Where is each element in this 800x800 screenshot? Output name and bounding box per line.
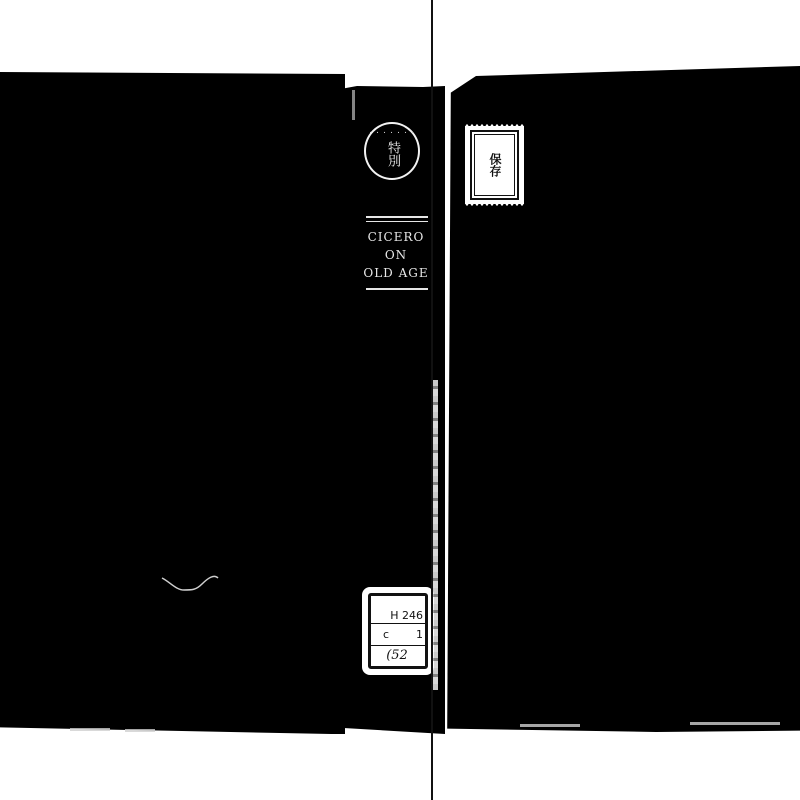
perforated-stamp-label-icon: 保存 — [465, 124, 524, 206]
stamp-main-text: 特別 — [385, 141, 399, 167]
scratch-mark — [160, 570, 220, 594]
book-scan: ・・・・・・・ 特別 CICERO ON OLD AGE H 246 c 1 (… — [0, 0, 800, 800]
spine-highlight — [352, 90, 355, 120]
edge-wear — [125, 729, 155, 732]
call-number-line-2: c 1 — [371, 623, 425, 644]
call-number-line-1: H 246 — [371, 596, 425, 623]
call-number-copy-prefix: c — [383, 628, 389, 641]
spine-rule-top — [366, 216, 428, 218]
edge-wear — [690, 722, 780, 725]
front-label-text: 保存 — [487, 153, 502, 177]
spine-title-line-3: OLD AGE — [356, 264, 436, 282]
stamp-ring-text: ・・・・・・・ — [366, 128, 418, 137]
edge-wear — [520, 724, 580, 727]
call-number-copy-number: 1 — [416, 628, 423, 641]
back-board — [0, 72, 345, 734]
spine-rule-top-thin — [366, 221, 428, 222]
library-stamp-icon: ・・・・・・・ 特別 — [364, 122, 420, 180]
edge-wear — [70, 728, 110, 731]
spine-title: CICERO ON OLD AGE — [356, 228, 436, 282]
scan-gutter-line — [431, 0, 433, 800]
spine-title-line-1: CICERO — [356, 228, 436, 246]
spine-title-line-2: ON — [356, 246, 436, 264]
spine-rule-bottom — [366, 288, 428, 290]
call-number-line-3: (52 — [371, 645, 425, 666]
call-number-label: H 246 c 1 (52 — [362, 587, 434, 675]
